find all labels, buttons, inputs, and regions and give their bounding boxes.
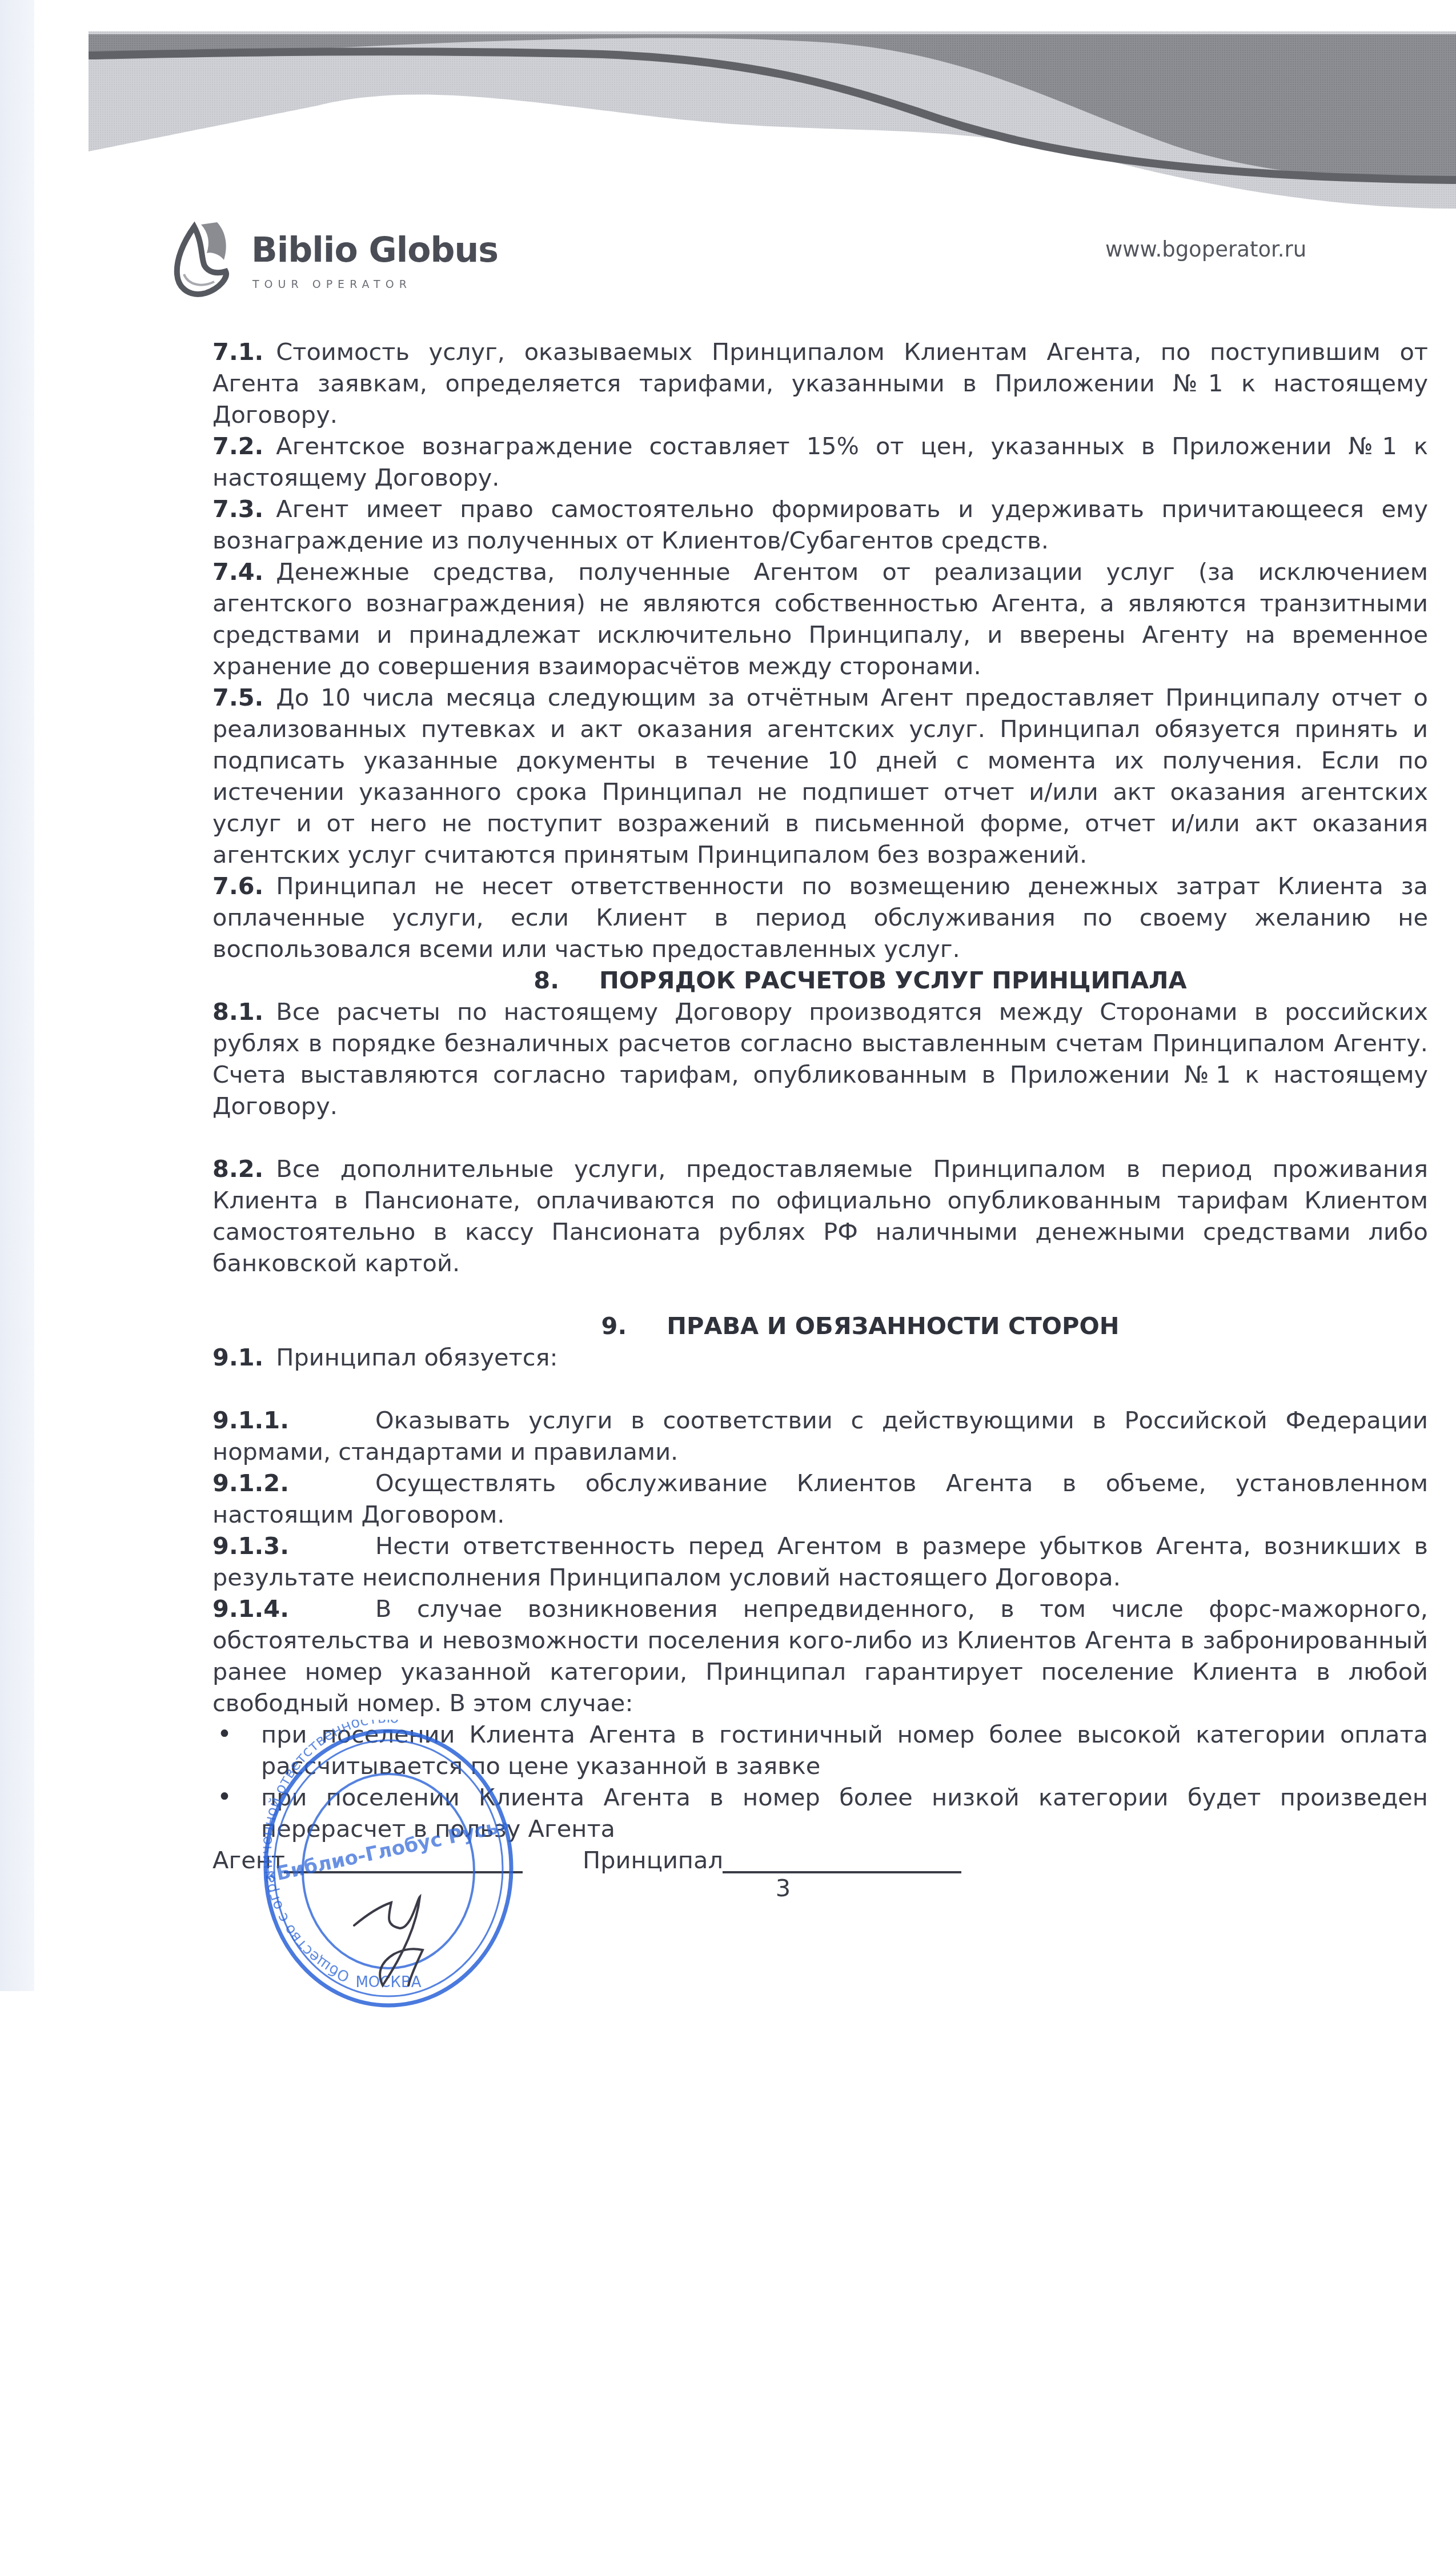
logo-name: Biblio Globus xyxy=(251,230,498,270)
signature-row: Агент Принципал xyxy=(212,1844,1428,1876)
clause-8-1: 8.1.Все расчеты по настоящему Договору п… xyxy=(212,996,1428,1122)
bullet-list: при поселении Клиента Агента в гостиничн… xyxy=(212,1719,1428,1844)
spacer xyxy=(212,1122,1428,1153)
principal-signature-line[interactable] xyxy=(723,1871,961,1873)
clause-9-1-2: 9.1.2.Осуществлять обслуживание Клиентов… xyxy=(212,1467,1428,1530)
website-link[interactable]: www.bgoperator.ru xyxy=(1105,237,1306,262)
clause-7-4: 7.4.Денежные средства, полученные Агенто… xyxy=(212,556,1428,682)
clause-9-1-3: 9.1.3.Нести ответственность перед Агенто… xyxy=(212,1530,1428,1593)
list-item: при поселении Клиента Агента в гостиничн… xyxy=(212,1719,1428,1781)
company-logo: Biblio Globus TOUR OPERATOR xyxy=(171,220,503,300)
principal-signature-label: Принципал xyxy=(583,1844,723,1876)
section-8-heading: 8.ПОРЯДОК РАСЧЕТОВ УСЛУГ ПРИНЦИПАЛА xyxy=(212,964,1428,996)
agent-signature-line[interactable] xyxy=(284,1871,523,1873)
clause-9-1-1: 9.1.1.Оказывать услуги в соответствии с … xyxy=(212,1404,1428,1467)
spacer xyxy=(212,1373,1428,1404)
clause-7-3: 7.3.Агент имеет право самостоятельно фор… xyxy=(212,493,1428,556)
section-9-heading: 9.ПРАВА И ОБЯЗАННОСТИ СТОРОН xyxy=(212,1310,1428,1341)
clause-7-1: 7.1.Стоимость услуг, оказываемых Принцип… xyxy=(212,336,1428,430)
contract-body: 7.1.Стоимость услуг, оказываемых Принцип… xyxy=(212,336,1428,1904)
header-wave-graphic xyxy=(89,20,1456,211)
clause-8-2: 8.2.Все дополнительные услуги, предостав… xyxy=(212,1153,1428,1279)
biblio-globus-logo-icon xyxy=(171,220,240,300)
logo-tagline: TOUR OPERATOR xyxy=(252,278,412,291)
clause-7-6: 7.6.Принципал не несет ответственности п… xyxy=(212,870,1428,964)
page-number: 3 xyxy=(212,1872,1428,1904)
clause-9-1: 9.1.Принципал обязуется: xyxy=(212,1341,1428,1373)
clause-7-2: 7.2.Агентское вознаграждение составляет … xyxy=(212,430,1428,493)
spacer xyxy=(212,1279,1428,1310)
list-item: при поселении Клиента Агента в номер бол… xyxy=(212,1781,1428,1844)
scan-edge-strip xyxy=(0,0,34,1991)
clause-7-5: 7.5.До 10 числа месяца следующим за отчё… xyxy=(212,682,1428,870)
clause-9-1-4: 9.1.4.В случае возникновения непредвиден… xyxy=(212,1593,1428,1719)
agent-signature-label: Агент xyxy=(212,1844,285,1876)
